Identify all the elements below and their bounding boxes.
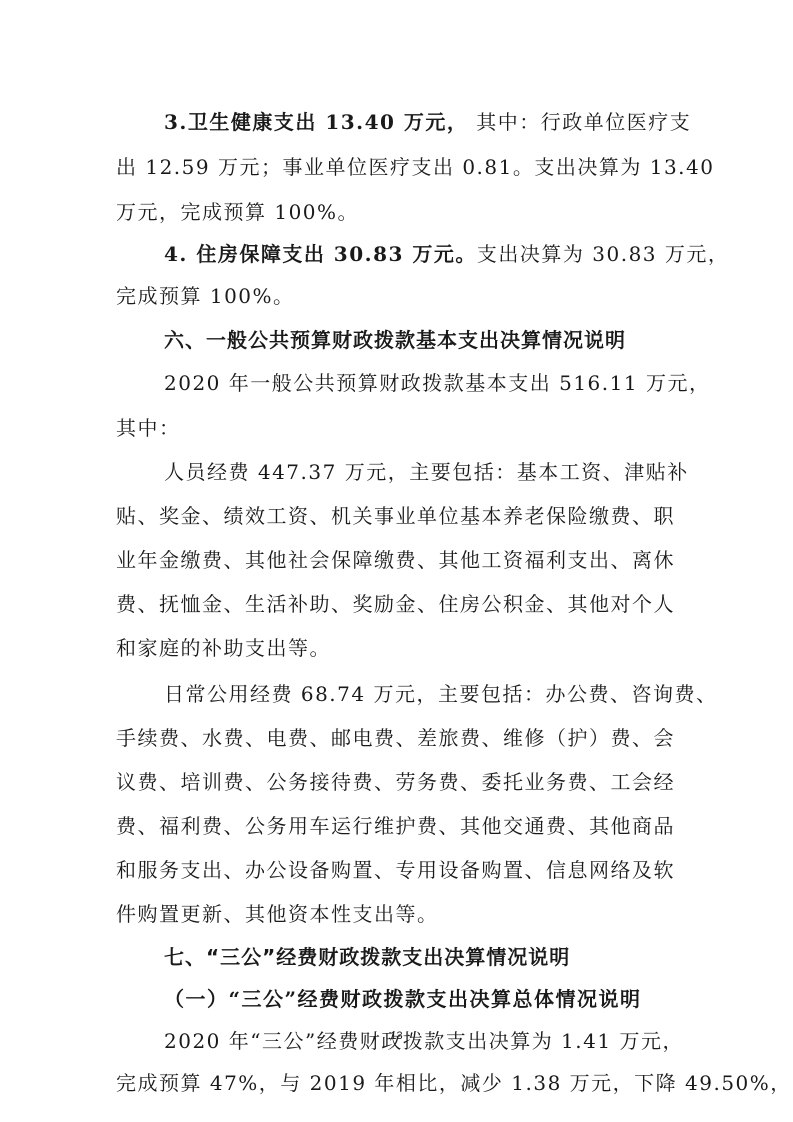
- bold-text: （一）“三公”经费财政拨款支出决算总体情况说明: [164, 987, 642, 1011]
- body-text: 费、抚恤金、生活补助、奖励金、住房公积金、其他对个人: [116, 592, 675, 616]
- text-line: 手续费、水费、电费、邮电费、差旅费、维修（护）费、会: [116, 726, 675, 750]
- text-line: 费、抚恤金、生活补助、奖励金、住房公积金、其他对个人: [116, 592, 675, 616]
- body-text: 贴、奖金、绩效工资、机关事业单位基本养老保险缴费、职: [116, 504, 675, 528]
- text-line: 和服务支出、办公设备购置、专用设备购置、信息网络及软: [116, 858, 675, 882]
- body-text: 费、福利费、公务用车运行维护费、其他交通费、其他商品: [116, 814, 675, 838]
- page-number: 13: [0, 1030, 793, 1042]
- text-line: 3.卫生健康支出 13.40 万元， 其中：行政单位医疗支: [164, 110, 691, 134]
- body-text: 业年金缴费、其他社会保障缴费、其他工资福利支出、离休: [116, 548, 675, 572]
- text-line: 贴、奖金、绩效工资、机关事业单位基本养老保险缴费、职: [116, 504, 675, 528]
- section-heading: 六、一般公共预算财政拨款基本支出决算情况说明: [164, 328, 626, 352]
- text-line: 出 12.59 万元；事业单位医疗支出 0.81。支出决算为 13.40: [116, 155, 714, 179]
- body-text: 日常公用经费 68.74 万元，主要包括：办公费、咨询费、: [164, 682, 717, 706]
- text-line: 费、福利费、公务用车运行维护费、其他交通费、其他商品: [116, 814, 675, 838]
- body-text: 2020 年一般公共预算财政拨款基本支出 516.11 万元，: [164, 371, 710, 395]
- section-heading: 七、“三公”经费财政拨款支出决算情况说明: [164, 945, 570, 969]
- bold-text: 3.卫生健康支出 13.40 万元，: [164, 110, 468, 134]
- text-line: 其中：: [116, 416, 181, 440]
- body-text: 和家庭的补助支出等。: [116, 636, 331, 660]
- bold-text: 七、“三公”经费财政拨款支出决算情况说明: [164, 945, 570, 969]
- body-text: 件购置更新、其他资本性支出等。: [116, 902, 439, 926]
- body-text: 其中：: [116, 416, 181, 440]
- body-text: 手续费、水费、电费、邮电费、差旅费、维修（护）费、会: [116, 726, 675, 750]
- bold-text: 六、一般公共预算财政拨款基本支出决算情况说明: [164, 328, 626, 352]
- body-text: 议费、培训费、公务接待费、劳务费、委托业务费、工会经: [116, 770, 675, 794]
- text-line: 完成预算 100%。: [116, 284, 295, 308]
- body-text: 完成预算 47%，与 2019 年相比，减少 1.38 万元，下降 49.50%…: [116, 1071, 792, 1095]
- text-line: 4. 住房保障支出 30.83 万元。支出决算为 30.83 万元，: [164, 242, 729, 266]
- body-text: 支出决算为 30.83 万元，: [477, 242, 729, 266]
- text-line: 件购置更新、其他资本性支出等。: [116, 902, 439, 926]
- text-line: 业年金缴费、其他社会保障缴费、其他工资福利支出、离休: [116, 548, 675, 572]
- text-line: 完成预算 47%，与 2019 年相比，减少 1.38 万元，下降 49.50%…: [116, 1071, 792, 1095]
- body-text: 出 12.59 万元；事业单位医疗支出 0.81。支出决算为 13.40: [116, 155, 714, 179]
- text-line: 议费、培训费、公务接待费、劳务费、委托业务费、工会经: [116, 770, 675, 794]
- body-text: 万元，完成预算 100%。: [116, 200, 359, 224]
- text-line: 人员经费 447.37 万元，主要包括：基本工资、津贴补: [164, 460, 689, 484]
- bold-text: 4. 住房保障支出 30.83 万元。: [164, 242, 477, 266]
- body-text: 完成预算 100%。: [116, 284, 295, 308]
- text-line: （一）“三公”经费财政拨款支出决算总体情况说明: [164, 987, 642, 1011]
- body-text: 人员经费 447.37 万元，主要包括：基本工资、津贴补: [164, 460, 689, 484]
- body-text: 其中：行政单位医疗支: [468, 110, 691, 134]
- text-line: 日常公用经费 68.74 万元，主要包括：办公费、咨询费、: [164, 682, 717, 706]
- text-line: 万元，完成预算 100%。: [116, 200, 359, 224]
- text-line: 2020 年一般公共预算财政拨款基本支出 516.11 万元，: [164, 371, 710, 395]
- body-text: 和服务支出、办公设备购置、专用设备购置、信息网络及软: [116, 858, 675, 882]
- text-line: 和家庭的补助支出等。: [116, 636, 331, 660]
